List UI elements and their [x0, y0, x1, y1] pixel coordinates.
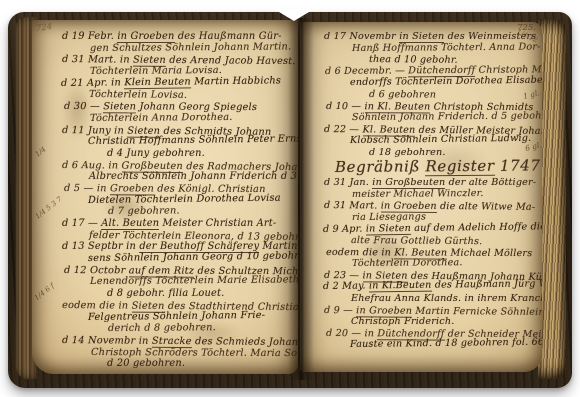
manuscript-line: gen Schultzes Söhnlein Johann Martin. — [90, 41, 295, 54]
right-page-entries-1747-baptisms: d 17 Novembr in Sieten des WeinmeistersH… — [324, 31, 518, 159]
handwriting-text: d 7 gebohren. — [108, 206, 180, 218]
left-page-number: 724 — [35, 22, 52, 34]
handwriting-text: eodem die in — [62, 300, 132, 312]
handwriting-text: Töchterlein Lovisa. — [89, 89, 187, 101]
handwriting-text: d 10 — — [326, 101, 365, 112]
handwriting-text: d 6 Decembr. — — [325, 65, 408, 77]
handwriting-text: Lenendorffs Töchterlein Marie Elisabeth — [90, 275, 298, 288]
handwriting-text: ria Liesegangs — [352, 211, 426, 223]
manuscript-line: derich d 8 gebohren. — [108, 322, 295, 335]
manuscript-line: Fauste ein Kind. d 18 gebohren fol. 66. — [350, 337, 517, 351]
left-margin-note: 1/4 5 3 7 — [34, 195, 64, 221]
handwriting-text: Hanß Hoffmanns Töchterl. Anna Dor- — [352, 41, 541, 53]
place-name-underlined: in Großbeuten — [372, 177, 445, 189]
handwriting-text: d 4 Juny gebohren. — [107, 148, 205, 159]
handwriting-text: des Haußmann Gür- — [175, 31, 282, 42]
handwriting-text: d 31 Jan. — [324, 177, 372, 188]
left-manuscript-page: 724 1/4 1/4 5 3 7 1/4 6 f d 19 Febr. in … — [32, 20, 298, 374]
manuscript-line: d 20 gebohren. — [107, 358, 294, 370]
manuscript-line: d 17 Novembr in Sieten des Weinmeisters — [324, 31, 518, 43]
manuscript-line: d 21 Apr. in Klein Beuten Martin Habbich… — [61, 75, 293, 90]
handwriting-text: endorffs Töchterlein Dorothea Elisabeth — [350, 75, 542, 88]
manuscript-line: Hanß Hoffmanns Töchterl. Anna Dor- — [352, 41, 519, 54]
handwriting-text: Christoph Schröders Töchterl. Maria Soph… — [91, 347, 298, 359]
handwriting-text: d 12 Octobr — [64, 265, 129, 276]
handwriting-text: d 23 — — [324, 270, 363, 281]
handwriting-text: d 19 Febr. — [62, 31, 117, 42]
top-spine-notch — [274, 9, 314, 21]
handwriting-text: Ehefrau Anna Klands. in ihrem Kranck. — [351, 293, 542, 304]
right-manuscript-page: 725. 1/4 12 1 gl. 6 gl. d 17 Novembr in … — [300, 22, 542, 372]
place-name-underlined: in Kl.Beuten — [369, 280, 432, 293]
place-name-underlined: Alt. Beuten — [101, 218, 159, 230]
handwriting-text: d 13 Septbr in — [62, 241, 139, 252]
manuscript-line: d 9 — in Groeben Martin Fernicke Söhnlei… — [324, 305, 518, 318]
handwriting-text: des Haußmann Jürg Webers — [431, 278, 542, 291]
manuscript-line: endorffs Töchterlein Dorothea Elisabeth — [350, 75, 517, 89]
burial-register-heading: Begräbniß Register 1747. — [335, 160, 519, 173]
right-page-fore-edge — [538, 19, 566, 379]
handwriting-text: d 17 — — [62, 218, 101, 229]
manuscript-line: d 6 gebohren — [369, 89, 518, 102]
handwriting-text: Christian Hoffmanns Söhnlein Peter Ernst — [88, 134, 298, 148]
manuscript-line: Söhnlein Johann Friderich. d 5 gebohr. — [352, 111, 519, 124]
place-name-underlined: in Groeben — [356, 305, 412, 317]
place-name-underlined: Klein Beuten — [124, 76, 191, 89]
manuscript-line: Töchterlein Dorothea. — [352, 257, 519, 270]
handwriting-text: d 14 Novembr in — [62, 335, 152, 347]
handwriting-text: d 9 — — [324, 305, 356, 316]
manuscript-line: Lenendorffs Töchterlein Marie Elisabeth — [90, 275, 295, 288]
heading-word-begraebniss: Begräbniß — [335, 157, 426, 176]
manuscript-line: sens Söhnlein Johann Georg d 10 gebohr. — [88, 251, 293, 265]
handwriting-text: d 5 — in — [64, 183, 110, 194]
handwriting-text: d 31 Mart. — [324, 200, 381, 211]
handwriting-text: Christoph Friderich. — [351, 316, 454, 327]
handwriting-text: Töchterlein Dorothea. — [352, 257, 463, 269]
manuscript-line: felder Töchterlein Eleonora, d 13 gebohr… — [89, 230, 294, 243]
manuscript-line: meister Michael Winczler. — [352, 187, 519, 200]
place-name-underlined: in Sieten — [399, 31, 444, 43]
right-page-entries-1747-burials: d 31 Jan. in Großbeuten der alte Böttige… — [324, 177, 518, 351]
handwriting-text: d 11 Juny in — [62, 125, 127, 137]
manuscript-line: Klobsch Söhnlein Christian Ludwig. — [350, 133, 517, 147]
handwriting-text: d 17 Novembr — [324, 31, 399, 42]
handwriting-text: sens Söhnlein Johann Georg d 10 gebohr. — [88, 250, 298, 264]
handwriting-text: des Weinmeisters — [444, 31, 536, 42]
handwriting-text: derich d 8 gebohren. — [108, 322, 216, 334]
manuscript-line: d 8 gebohr. filia Louet. — [107, 288, 294, 300]
handwriting-text: Töchterlein Anna Dorothea. — [90, 112, 233, 124]
handwriting-text: d 9 Apr. — [323, 223, 366, 235]
handwriting-text: Martin Fernicke Söhnlein — [412, 305, 542, 317]
manuscript-line: Ehefrau Anna Klands. in ihrem Kranck. — [351, 293, 518, 305]
handwriting-text: d 2 May. — [323, 281, 369, 293]
manuscript-line: Christoph Schröders Töchterl. Maria Soph… — [91, 347, 296, 360]
manuscript-line: d 2 May. in Kl.Beuten des Haußmann Jürg … — [323, 279, 517, 293]
handwriting-text: d 31 Mart. in — [62, 54, 133, 66]
handwriting-text: Töchterlein Maria Lovisa. — [90, 65, 222, 77]
handwriting-text: d 30 — — [64, 101, 103, 112]
handwriting-text: alte Frau Gottlieb Gürths. — [351, 235, 482, 247]
right-page-handwriting: d 17 Novembr in Sieten des WeinmeistersH… — [324, 31, 518, 366]
manuscript-line: d 17 — Alt. Beuten Meister Christian Art… — [62, 218, 294, 230]
handwriting-text: Söhnlein Johann Friderich. d 5 gebohr. — [352, 111, 542, 124]
manuscript-line: d 9 Apr. in Sieten auf dem Adelich Hoffe… — [323, 221, 517, 235]
manuscript-line: d 4 Juny gebohren. — [107, 148, 294, 160]
handwriting-text: d 21 Apr. in — [61, 77, 124, 89]
handwriting-text: auf dem Adelich Hoffe die — [411, 221, 542, 234]
fee-margin-note: 1 gl. — [522, 88, 540, 101]
manuscript-line: Christian Hoffmanns Söhnlein Peter Ernst — [88, 134, 293, 148]
handwriting-text: d 6 Aug. in — [62, 160, 122, 172]
handwriting-text: d 8 gebohr. filia Louet. — [107, 288, 224, 299]
handwriting-text: d 6 gebohren — [369, 89, 436, 101]
handwriting-text: Martin Habbichs — [191, 75, 281, 87]
handwriting-text: der alte Böttiger- — [445, 177, 536, 188]
manuscript-line: d 6 Aug. in Großbeuten des Radmachers Jo… — [62, 160, 294, 174]
place-name-underlined: in Sieten — [366, 222, 411, 235]
handwriting-text: Felgentreus Söhnlein Johann Frie- — [88, 309, 265, 322]
manuscript-line: Töchterlein Anna Dorothea. — [90, 111, 295, 124]
manuscript-line: d 7 gebohren. — [108, 205, 295, 218]
handwriting-text: d 22 — — [324, 124, 363, 135]
handwriting-text: des Schmieds Johann — [192, 336, 298, 348]
left-margin-note: 1/4 6 f — [33, 282, 56, 302]
handwriting-text: Fauste ein Kind. d 18 gebohren fol. 66. — [350, 337, 542, 350]
handwriting-text: felder Töchterlein Eleonora, d 13 gebohr… — [89, 230, 298, 243]
manuscript-line: alte Frau Gottlieb Gürths. — [351, 235, 518, 248]
place-name-underlined: in Groeben — [117, 31, 174, 43]
place-name-underlined: Großbeuten — [122, 160, 183, 173]
handwriting-text: des Radmachers Johann — [183, 161, 298, 173]
open-register-book: 724 1/4 1/4 5 3 7 1/4 6 f d 19 Febr. in … — [8, 12, 572, 388]
left-page-handwriting: d 19 Febr. in Groeben des Haußmann Gür-g… — [62, 31, 294, 368]
handwriting-text: d 20 — in — [326, 328, 377, 339]
handwriting-text: eodem die in — [326, 247, 394, 258]
handwriting-text: Klobsch Söhnlein Christian Ludwig. — [350, 133, 531, 146]
handwriting-text: gen Schultzes Söhnlein Johann Martin. — [90, 41, 291, 54]
place-name-underlined: Stracke — [152, 336, 192, 348]
handwriting-text: meister Michael Winczler. — [352, 188, 484, 200]
left-margin-note: 1/4 — [34, 145, 48, 158]
handwriting-text: Dietelen Töchterlein Dorothea Lovisa — [88, 192, 281, 205]
heading-word-register: Register — [425, 156, 494, 176]
heading-year-1747: 1747. — [495, 156, 542, 174]
handwriting-text: Meister Christian Art- — [159, 218, 276, 229]
handwriting-text: d 20 gebohren. — [107, 358, 185, 369]
